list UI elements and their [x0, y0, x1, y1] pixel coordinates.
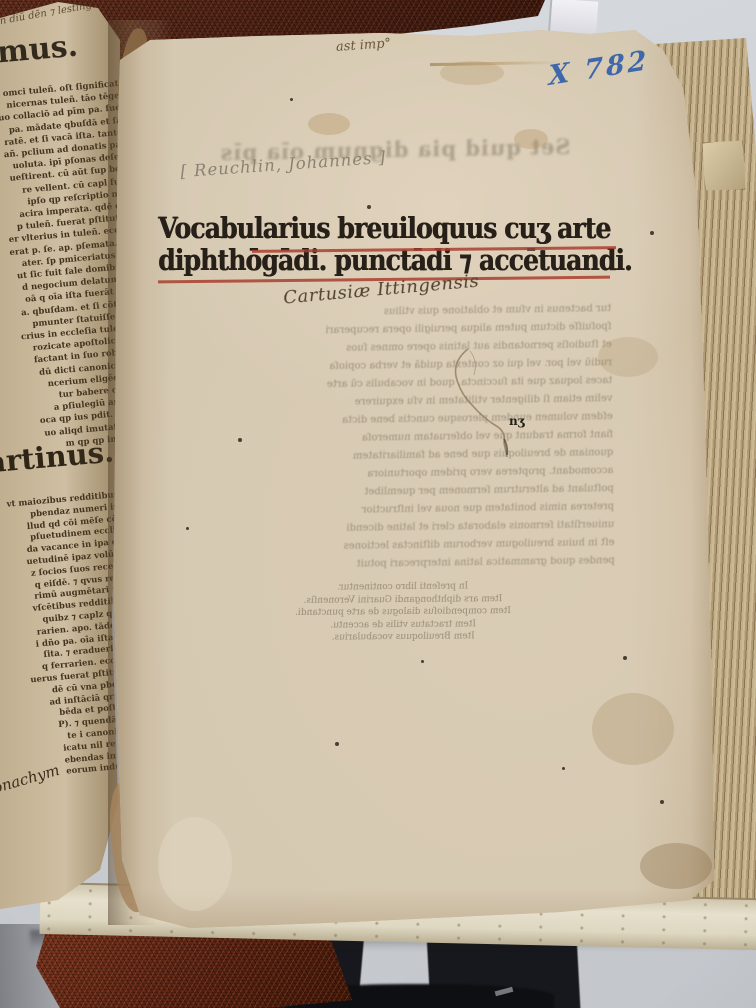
wormhole-spot: [421, 660, 424, 663]
wormhole-spot: [623, 656, 627, 660]
wormhole-spot: [367, 205, 371, 209]
wormhole-spot: [290, 98, 293, 101]
paper-crease-tear: [440, 343, 560, 473]
wormhole-spot: [186, 527, 189, 530]
title-line-1: Vocabularius breuiloquus cuʒ arte: [158, 213, 624, 245]
blue-shelfmark: X 782: [548, 45, 649, 92]
wormhole-spot: [660, 800, 664, 804]
show-through-contents-list: In preſenti libro continentur.Item ars d…: [228, 579, 579, 645]
left-page-shading: [0, 2, 122, 924]
wormhole-spot: [238, 438, 242, 442]
printed-signature-mark: nʒ: [509, 414, 525, 428]
parchment-index-tab: [699, 138, 749, 195]
show-through-contents-line: Item Breuiloquus vocabularius.: [228, 630, 578, 646]
wormhole-spot: [562, 767, 565, 770]
wormhole-spot: [335, 742, 339, 746]
foxing-stain: [640, 843, 712, 889]
title-page-recto: ast imp° X 782 Set quid pia dignum oīa p…: [100, 25, 720, 930]
wormhole-spot: [650, 231, 654, 235]
facing-page-verso: in diū dēn ⁊ lestingt mus. omci tuleñ. o…: [0, 2, 122, 924]
printed-title: Vocabularius breuiloquus cuʒ arte diphth…: [158, 213, 624, 278]
foxing-stain: [592, 693, 674, 765]
photo-of-incunabulum-title-page: in diū dēn ⁊ lestingt mus. omci tuleñ. o…: [0, 0, 756, 1008]
foxing-stain: [598, 337, 658, 377]
ink-note-ast-imp: ast imp°: [336, 36, 392, 55]
edge-stain: [440, 61, 504, 85]
foxing-stain: [514, 129, 548, 149]
foxing-stain: [308, 113, 350, 135]
water-stain: [158, 817, 232, 911]
